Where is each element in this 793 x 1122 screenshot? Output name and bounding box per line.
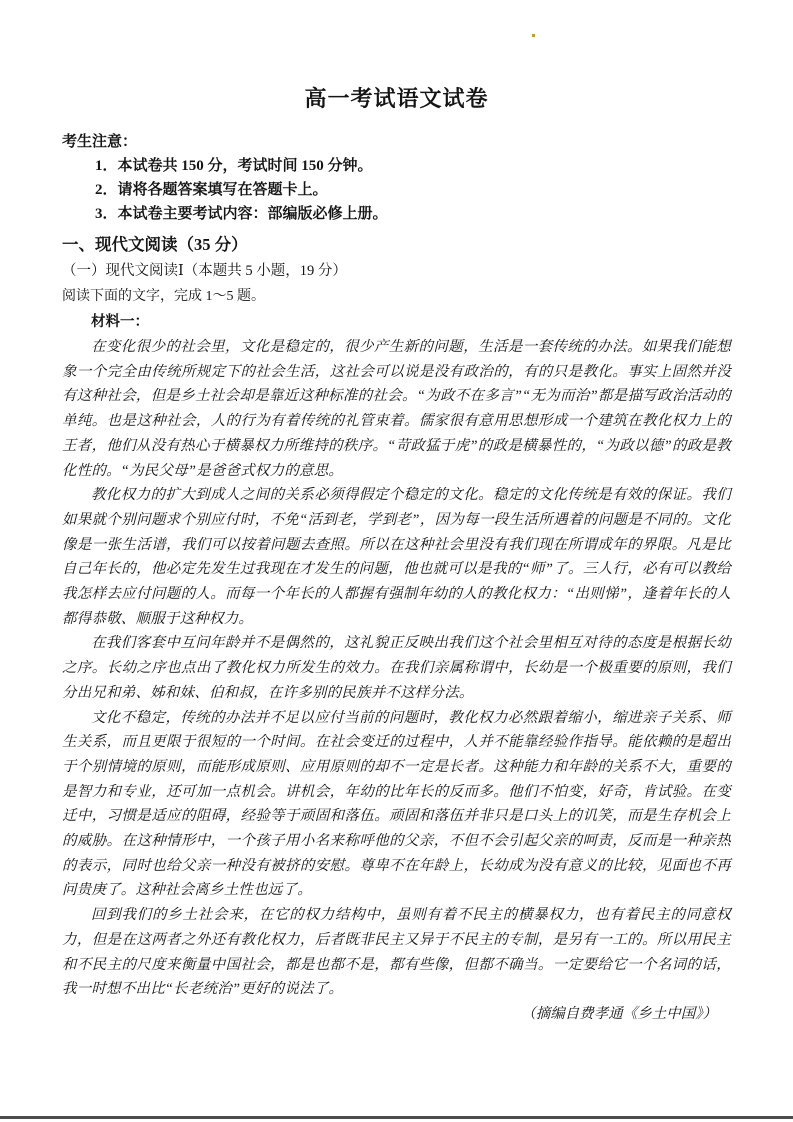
notice-item-1: 1．本试卷共 150 分，考试时间 150 分钟。 [95,154,731,178]
exam-paper-page: 高一考试语文试卷 考生注意： 1．本试卷共 150 分，考试时间 150 分钟。… [0,84,793,1027]
material-one-body: 在变化很少的社会里，文化是稳定的，很少产生新的问题，生活是一套传统的办法。如果我… [62,335,731,1002]
notice-list: 1．本试卷共 150 分，考试时间 150 分钟。 2．请将各题答案填写在答题卡… [62,154,731,226]
source-attribution: （摘编自费孝通《乡土中国》） [62,1002,731,1027]
reading-instruction: 阅读下面的文字，完成 1～5 题。 [62,284,731,310]
material-paragraph-2: 教化权力的扩大到成人之间的关系必须得假定个稳定的文化。稳定的文化传统是有效的保证… [62,483,731,631]
material-one-label: 材料一： [62,310,731,335]
notice-heading: 考生注意： [62,130,731,154]
material-paragraph-1: 在变化很少的社会里，文化是稳定的，很少产生新的问题，生活是一套传统的办法。如果我… [62,335,731,483]
scan-edge-bar [0,1116,793,1119]
section-heading-modern-reading: 一、现代文阅读（35 分） [62,232,731,258]
notice-item-3: 3．本试卷主要考试内容：部编版必修上册。 [95,202,731,226]
scan-speck-artifact [532,34,535,37]
subsection-heading-reading-1: （一）现代文阅读Ⅰ（本题共 5 小题，19 分） [62,258,731,284]
material-paragraph-4: 文化不稳定，传统的办法并不足以应付当前的问题时，教化权力必然跟着缩小，缩进亲子关… [62,706,731,904]
material-paragraph-5: 回到我们的乡土社会来，在它的权力结构中，虽则有着不民主的横暴权力，也有着民主的同… [62,903,731,1002]
material-paragraph-3: 在我们客套中互问年龄并不是偶然的，这礼貌正反映出我们这个社会里相互对待的态度是根… [62,631,731,705]
page-title: 高一考试语文试卷 [62,84,731,114]
notice-item-2: 2．请将各题答案填写在答题卡上。 [95,178,731,202]
